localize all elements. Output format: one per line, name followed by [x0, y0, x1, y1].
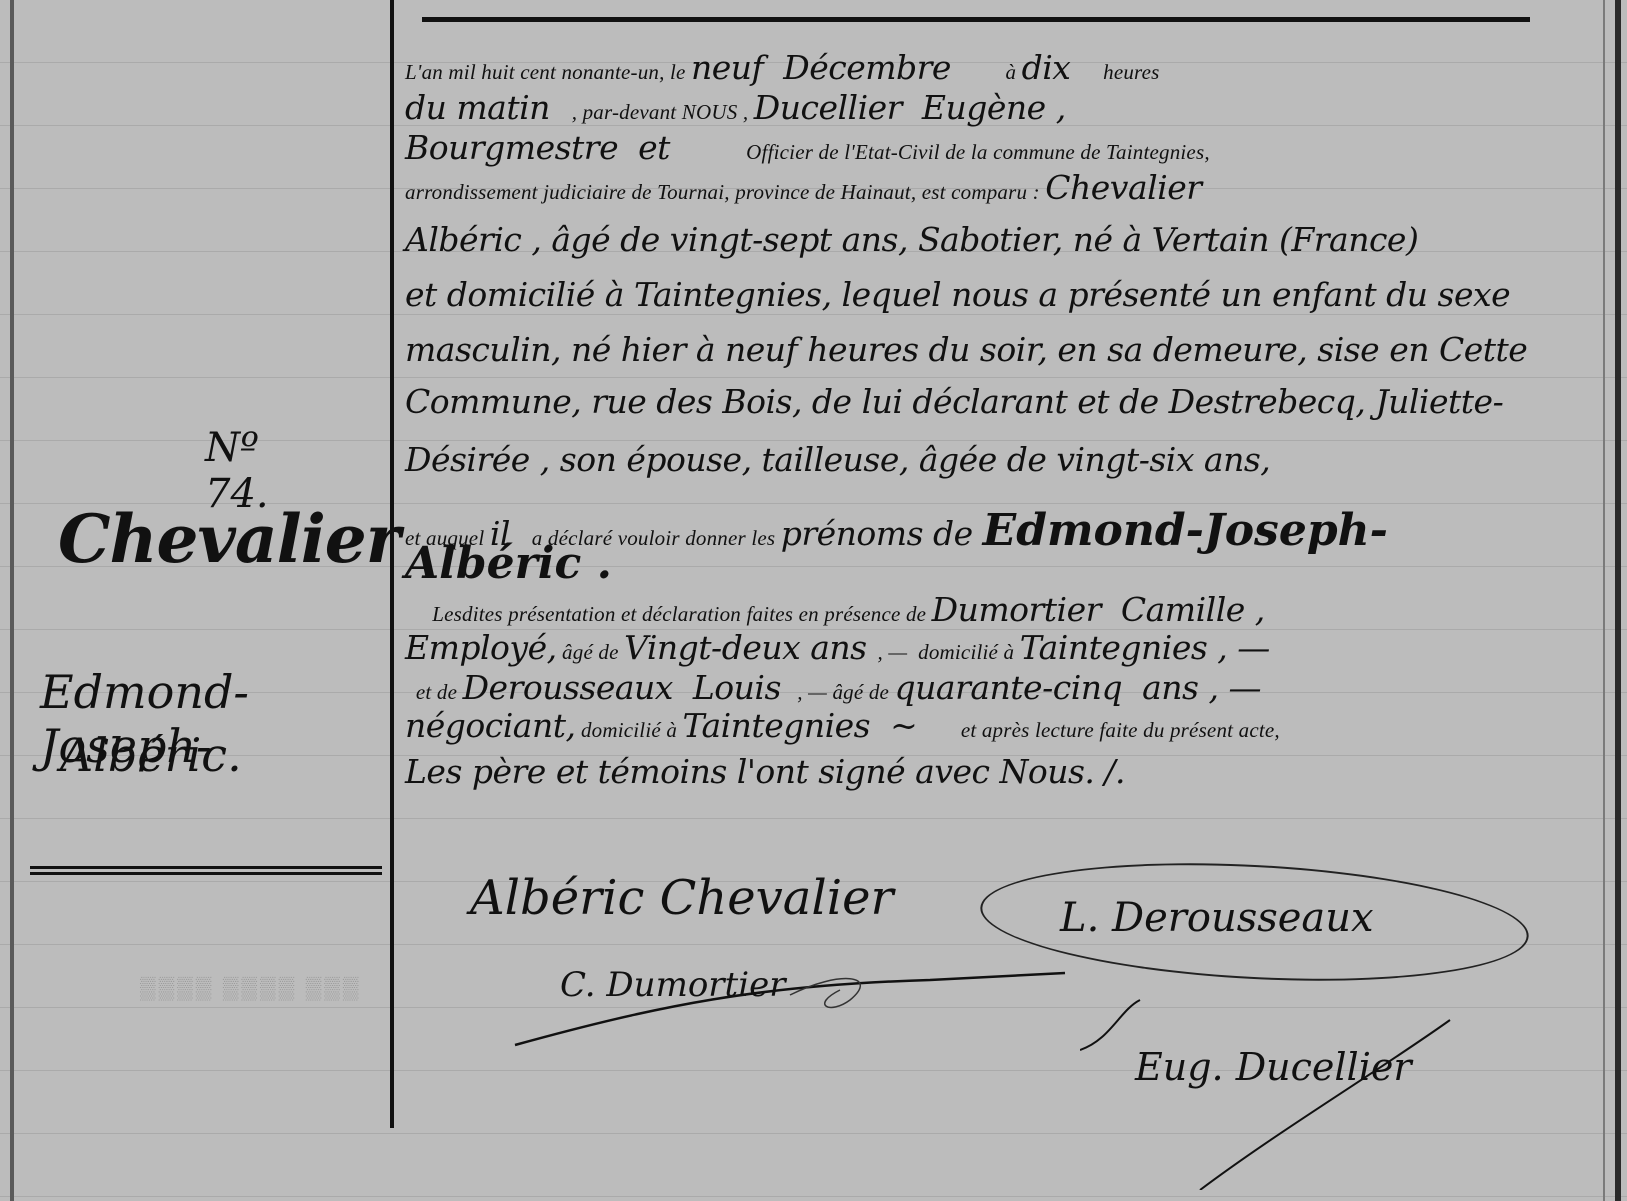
handwritten-text: Employé, [405, 628, 557, 667]
record-number-label: Nº [205, 425, 259, 471]
handwritten-text: prénoms de [781, 514, 983, 553]
binding-edge [10, 0, 14, 1201]
record-line: masculin, né hier à neuf heures du soir,… [405, 330, 1527, 369]
printed-text: âgé de [557, 640, 625, 665]
page-edge [1615, 0, 1621, 1201]
printed-text: , — domicilié à [867, 640, 1020, 665]
margin-given-names-2: Albéric. [60, 728, 242, 782]
handwritten-text: du matin [405, 88, 550, 127]
handwritten-text: Taintegnies ~ [683, 706, 918, 745]
handwritten-text: Albéric . [405, 538, 612, 589]
record-line: arrondissement judiciaire de Tournai, pr… [405, 168, 1202, 207]
record-line: Albéric . [405, 538, 612, 589]
signature-officer: Eug. Ducellier [1135, 1045, 1412, 1089]
record-line: Albéric , âgé de vingt-sept ans, Sabotie… [405, 220, 1418, 259]
handwritten-text: Derousseaux Louis [463, 668, 781, 707]
handwritten-text: et domicilié à Taintegnies, lequel nous … [405, 275, 1510, 314]
printed-text: , — âgé de [781, 680, 895, 705]
faded-stamp: ▒▒▒▒ ▒▒▒▒ ▒▒▒ [140, 975, 361, 1001]
register-page: Nº 74. Chevalier Edmond-Joseph- Albéric.… [0, 0, 1627, 1201]
signature-witness-dumortier: C. Dumortier [560, 965, 785, 1005]
handwritten-text: négociant, [405, 706, 576, 745]
handwritten-text: neuf [691, 48, 763, 87]
record-line: Désirée , son épouse, tailleuse, âgée de… [405, 440, 1270, 479]
record-line: Lesdites présentation et déclaration fai… [405, 590, 1265, 629]
handwritten-text: Chevalier [1045, 168, 1201, 207]
record-line: Les père et témoins l'ont signé avec Nou… [405, 752, 1125, 791]
record-line: L'an mil huit cent nonante-un, le neuf D… [405, 48, 1160, 87]
signature-flourish-officer [1080, 990, 1480, 1190]
printed-text: , par-devant NOUS , [550, 100, 754, 125]
record-line: et domicilié à Taintegnies, lequel nous … [405, 275, 1510, 314]
printed-text: heures [1070, 60, 1159, 85]
handwritten-text: Bourgmestre et [405, 128, 670, 167]
printed-text: et après lecture faite du présent acte, [917, 718, 1280, 743]
handwritten-text: Dumortier Camille , [932, 590, 1265, 629]
top-rule [422, 17, 1530, 22]
printed-text: Officier de l'Etat-Civil de la commune d… [670, 140, 1210, 165]
handwritten-text: Décembre [763, 48, 951, 87]
handwritten-text: quarante-cinq ans , — [895, 668, 1261, 707]
handwritten-text: Commune, rue des Bois, de lui déclarant … [405, 382, 1503, 421]
record-line: Commune, rue des Bois, de lui déclarant … [405, 382, 1503, 421]
handwritten-text: Les père et témoins l'ont signé avec Nou… [405, 752, 1125, 791]
handwritten-text: Edmond-Joseph- [983, 505, 1388, 556]
signature-father: Albéric Chevalier [470, 870, 893, 926]
handwritten-text: dix [1022, 48, 1071, 87]
margin-end-rule [30, 866, 382, 869]
handwritten-text: Désirée , son épouse, tailleuse, âgée de… [405, 440, 1270, 479]
margin-surname: Chevalier [58, 500, 400, 578]
record-line: négociant, domicilié à Taintegnies ~ et … [405, 706, 1280, 745]
record-line: et de Derousseaux Louis , — âgé de quara… [405, 668, 1261, 707]
handwritten-text: Albéric , âgé de vingt-sept ans, Sabotie… [405, 220, 1418, 259]
printed-text: domicilié à [576, 718, 683, 743]
handwritten-text: Ducellier Eugène , [754, 88, 1066, 127]
signature-witness-derousseaux: L. Derousseaux [1060, 895, 1374, 941]
printed-text: Lesdites présentation et déclaration fai… [405, 602, 932, 627]
printed-text: à [951, 60, 1022, 85]
handwritten-text: Taintegnies , — [1020, 628, 1270, 667]
handwritten-text: masculin, né hier à neuf heures du soir,… [405, 330, 1527, 369]
record-line: du matin , par-devant NOUS , Ducellier E… [405, 88, 1066, 127]
page-edge-shadow [1603, 0, 1605, 1201]
printed-text: L'an mil huit cent nonante-un, le [405, 60, 691, 85]
handwritten-text: Vingt-deux ans [624, 628, 866, 667]
record-line: Bourgmestre et Officier de l'Etat-Civil … [405, 128, 1210, 167]
printed-text: et de [405, 680, 463, 705]
printed-text: arrondissement judiciaire de Tournai, pr… [405, 180, 1045, 205]
record-line: Employé, âgé de Vingt-deux ans , — domic… [405, 628, 1270, 667]
